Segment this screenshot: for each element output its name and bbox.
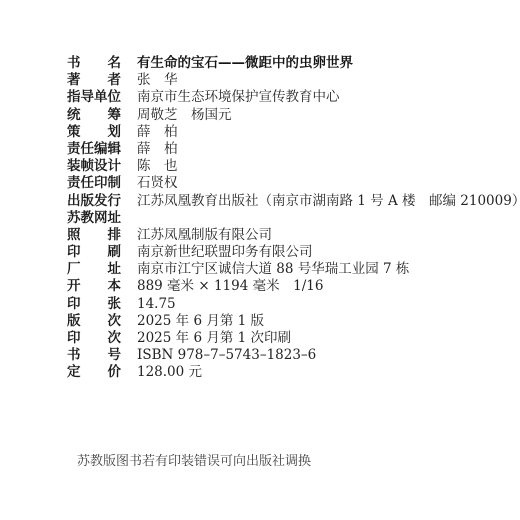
colophon-row: 统 筹 周敬芝 杨国元: [67, 107, 520, 124]
colophon-label: 责任编辑: [67, 141, 125, 158]
copyright-page: 书 名 有生命的宝石——微距中的虫卵世界 著 者 张 华 指导单位 南京市生态环…: [0, 0, 520, 520]
colophon-value: 江苏凤凰教育出版社（南京市湖南路 1 号 A 楼 邮编 210009）: [137, 193, 520, 210]
colophon-value: 陈 也: [137, 158, 178, 175]
colophon-label: 印 张: [67, 296, 125, 313]
colophon-label: 策 划: [67, 124, 125, 141]
colophon-value: 有生命的宝石——微距中的虫卵世界: [137, 55, 353, 72]
colophon-row: 装帧设计 陈 也: [67, 158, 520, 175]
colophon-value: 江苏凤凰制版有限公司: [137, 227, 272, 244]
colophon-label: 版 次: [67, 313, 125, 330]
colophon-row: 书 名 有生命的宝石——微距中的虫卵世界: [67, 55, 520, 72]
colophon-row: 苏教网址: [67, 210, 520, 227]
colophon-label: 厂 址: [67, 261, 125, 278]
colophon-value: 石贤权: [137, 175, 178, 192]
colophon-row: 开 本 889 毫米 × 1194 毫米 1/16: [67, 278, 520, 295]
colophon-value: 2025 年 6 月第 1 版: [137, 313, 264, 330]
colophon-row: 版 次 2025 年 6 月第 1 版: [67, 313, 520, 330]
colophon-value: ISBN 978–7–5743–1823–6: [137, 347, 316, 364]
colophon-row: 厂 址 南京市江宁区诚信大道 88 号华瑞工业园 7 栋: [67, 261, 520, 278]
colophon-value: 张 华: [137, 72, 178, 89]
colophon-label: 书 号: [67, 347, 125, 364]
colophon-value: 128.00 元: [137, 364, 202, 381]
colophon-value: 薛 柏: [137, 124, 178, 141]
colophon-label: 指导单位: [67, 89, 125, 106]
colophon-value: 南京市生态环境保护宣传教育中心: [137, 89, 340, 106]
colophon-row: 著 者 张 华: [67, 72, 520, 89]
colophon-label: 印 次: [67, 330, 125, 347]
colophon-value: 南京新世纪联盟印务有限公司: [137, 244, 313, 261]
colophon-label: 照 排: [67, 227, 125, 244]
colophon-label: 印 刷: [67, 244, 125, 261]
colophon-value: 2025 年 6 月第 1 次印刷: [137, 330, 291, 347]
colophon-row: 指导单位 南京市生态环境保护宣传教育中心: [67, 89, 520, 106]
colophon-row: 印 次 2025 年 6 月第 1 次印刷: [67, 330, 520, 347]
colophon-row: 责任编辑 薛 柏: [67, 141, 520, 158]
colophon-value: 14.75: [137, 296, 176, 313]
footer-note: 苏教版图书若有印装错误可向出版社调换: [77, 454, 311, 470]
colophon-row: 印 刷 南京新世纪联盟印务有限公司: [67, 244, 520, 261]
colophon-value: 889 毫米 × 1194 毫米 1/16: [137, 278, 323, 295]
colophon-row: 出版发行 江苏凤凰教育出版社（南京市湖南路 1 号 A 楼 邮编 210009）: [67, 193, 520, 210]
colophon-row: 印 张 14.75: [67, 296, 520, 313]
colophon-row: 定 价 128.00 元: [67, 364, 520, 381]
colophon-label: 责任印制: [67, 175, 125, 192]
colophon-label: 定 价: [67, 364, 125, 381]
colophon-label: 开 本: [67, 278, 125, 295]
colophon-label: 出版发行: [67, 193, 125, 210]
colophon-row: 策 划 薛 柏: [67, 124, 520, 141]
colophon-label: 装帧设计: [67, 158, 125, 175]
colophon-value: 周敬芝 杨国元: [137, 107, 232, 124]
colophon-label: 著 者: [67, 72, 125, 89]
colophon-label: 书 名: [67, 55, 125, 72]
colophon-label: 统 筹: [67, 107, 125, 124]
colophon-row: 责任印制 石贤权: [67, 175, 520, 192]
colophon-value: 薛 柏: [137, 141, 178, 158]
colophon-rows: 书 名 有生命的宝石——微距中的虫卵世界 著 者 张 华 指导单位 南京市生态环…: [67, 55, 520, 382]
colophon-row: 书 号 ISBN 978–7–5743–1823–6: [67, 347, 520, 364]
colophon-value: 南京市江宁区诚信大道 88 号华瑞工业园 7 栋: [137, 261, 409, 278]
colophon-row: 照 排 江苏凤凰制版有限公司: [67, 227, 520, 244]
colophon-label: 苏教网址: [67, 210, 125, 227]
